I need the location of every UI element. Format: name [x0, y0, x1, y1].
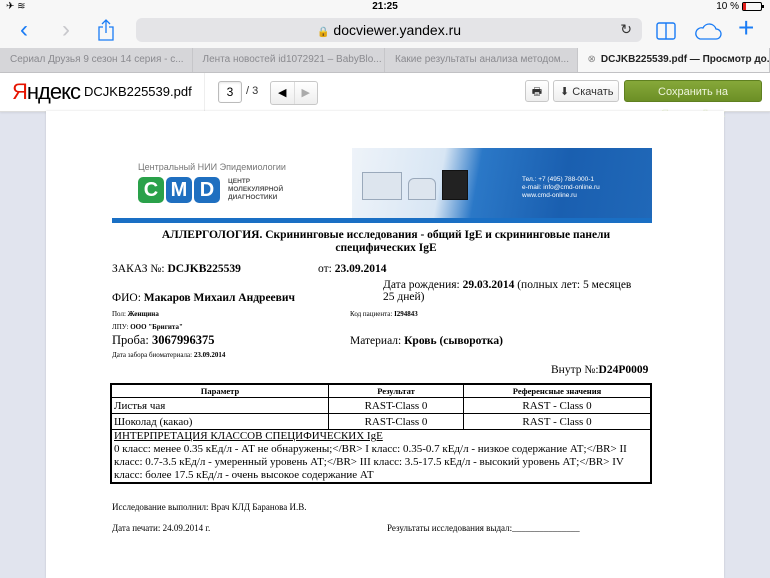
header-divider	[204, 73, 205, 111]
print-button[interactable]: 🖶	[525, 80, 549, 102]
prev-page-icon[interactable]: ◀	[271, 82, 295, 104]
lab-contacts: Тел.: +7 (495) 788-000-1 e-mail: info@cm…	[522, 176, 600, 200]
page-nav: ◀ ▶	[270, 81, 318, 105]
patient-code: Код пациента: I294843	[350, 310, 418, 318]
battery-percent: 10 %	[716, 1, 739, 12]
document-page: Центральный НИИ Эпидемиологии C M D ЦЕНТ…	[46, 111, 724, 578]
lab-equipment-image: Тел.: +7 (495) 788-000-1 e-mail: info@cm…	[352, 148, 652, 218]
table-row: Листья чая RAST-Class 0 RAST - Class 0	[111, 398, 651, 414]
status-bar: ✈ ≋ 21:25 10 %	[0, 0, 770, 14]
internal-number: Внутр №:D24P0009	[551, 364, 648, 376]
results-table: Параметр Результат Референсные значения …	[110, 383, 652, 484]
browser-toolbar: ‹ › 🔒docviewer.yandex.ru ↻ +	[0, 14, 770, 48]
yandex-logo[interactable]: Яндекс	[12, 79, 80, 105]
lpu: ЛПУ: ООО "Бригита"	[112, 323, 183, 331]
order-date: от: 23.09.2014	[318, 263, 386, 275]
forward-icon[interactable]: ›	[62, 17, 70, 43]
url-text: docviewer.yandex.ru	[333, 22, 461, 38]
patient-name: ФИО: Макаров Михаил Андреевич	[112, 292, 295, 304]
table-row: Шоколад (какао) RAST-Class 0 RAST - Clas…	[111, 414, 651, 430]
printer-icon: 🖶	[532, 86, 542, 98]
back-icon[interactable]: ‹	[20, 17, 28, 43]
interpretation-row: ИНТЕРПРЕТАЦИЯ КЛАССОВ СПЕЦИФИЧЕСКИХ IgE …	[111, 430, 651, 484]
file-name: DCJKB225539.pdf	[84, 84, 192, 99]
page-total: / 3	[246, 85, 258, 97]
viewer-header: Яндекс DCJKB225539.pdf 3 / 3 ◀ ▶ 🖶 ⬇ Ска…	[0, 73, 770, 112]
material: Материал: Кровь (сыворотка)	[350, 335, 503, 347]
page-number-input[interactable]: 3	[218, 81, 242, 103]
performed-by: Исследование выполнил: Врач КЛД Баранова…	[112, 502, 307, 512]
address-bar[interactable]: 🔒docviewer.yandex.ru ↻	[136, 18, 642, 42]
tab-1[interactable]: Сериал Друзья 9 сезон 14 серия - с...	[0, 48, 193, 72]
collection-date: Дата забора биоматериала: 23.09.2014	[112, 351, 225, 359]
document-title: АЛЛЕРГОЛОГИЯ. Скрининговые исследования …	[106, 229, 666, 255]
interpretation-heading: ИНТЕРПРЕТАЦИЯ КЛАССОВ СПЕЦИФИЧЕСКИХ IgE	[114, 430, 648, 443]
interpretation-text: 0 класс: менее 0.35 кЕд/л - АТ не обнару…	[114, 443, 648, 482]
tab-bar: Сериал Друзья 9 сезон 14 серия - с... Ле…	[0, 48, 770, 73]
battery-indicator: 10 %	[716, 1, 762, 12]
bookmarks-icon[interactable]	[656, 20, 676, 46]
col-result: Результат	[329, 384, 464, 398]
tab-3[interactable]: Какие результаты анализа методом...	[385, 48, 578, 72]
lock-icon: 🔒	[317, 27, 329, 38]
order-number: ЗАКАЗ №: DCJKB225539	[112, 263, 241, 275]
close-tab-icon[interactable]: ⊗	[588, 54, 596, 65]
download-icon: ⬇	[560, 86, 569, 98]
reload-icon[interactable]: ↻	[620, 21, 632, 38]
status-time: 21:25	[0, 1, 770, 12]
tab-4-active[interactable]: ⊗DCJKB225539.pdf — Просмотр до...	[578, 48, 770, 72]
sample-number: Проба: 3067996375	[112, 333, 215, 348]
col-parameter: Параметр	[111, 384, 329, 398]
print-date: Дата печати: 24.09.2014 г.	[112, 523, 210, 533]
battery-icon	[742, 2, 762, 11]
share-icon[interactable]	[98, 19, 114, 47]
save-to-disk-button[interactable]: Сохранить на Яндекс.Диск	[624, 80, 762, 102]
new-tab-icon[interactable]: +	[738, 15, 754, 41]
col-reference: Референсные значения	[464, 384, 652, 398]
patient-sex: Пол: Женщина	[112, 310, 159, 318]
birth-date: Дата рождения: 29.03.2014 (полных лет: 5…	[383, 279, 631, 303]
tab-2[interactable]: Лента новостей id1072921 – BabyBlo...	[193, 48, 386, 72]
download-button[interactable]: ⬇ Скачать	[553, 80, 619, 102]
lab-banner: Центральный НИИ Эпидемиологии C M D ЦЕНТ…	[112, 148, 652, 223]
institute-name: Центральный НИИ Эпидемиологии	[138, 162, 286, 172]
cmd-logo: C M D	[138, 177, 220, 203]
next-page-icon[interactable]: ▶	[295, 82, 318, 104]
icloud-tabs-icon[interactable]	[694, 21, 722, 47]
issued-by: Результаты исследования выдал:__________…	[387, 523, 580, 533]
cmd-subtitle: ЦЕНТР МОЛЕКУЛЯРНОЙ ДИАГНОСТИКИ	[228, 178, 283, 202]
